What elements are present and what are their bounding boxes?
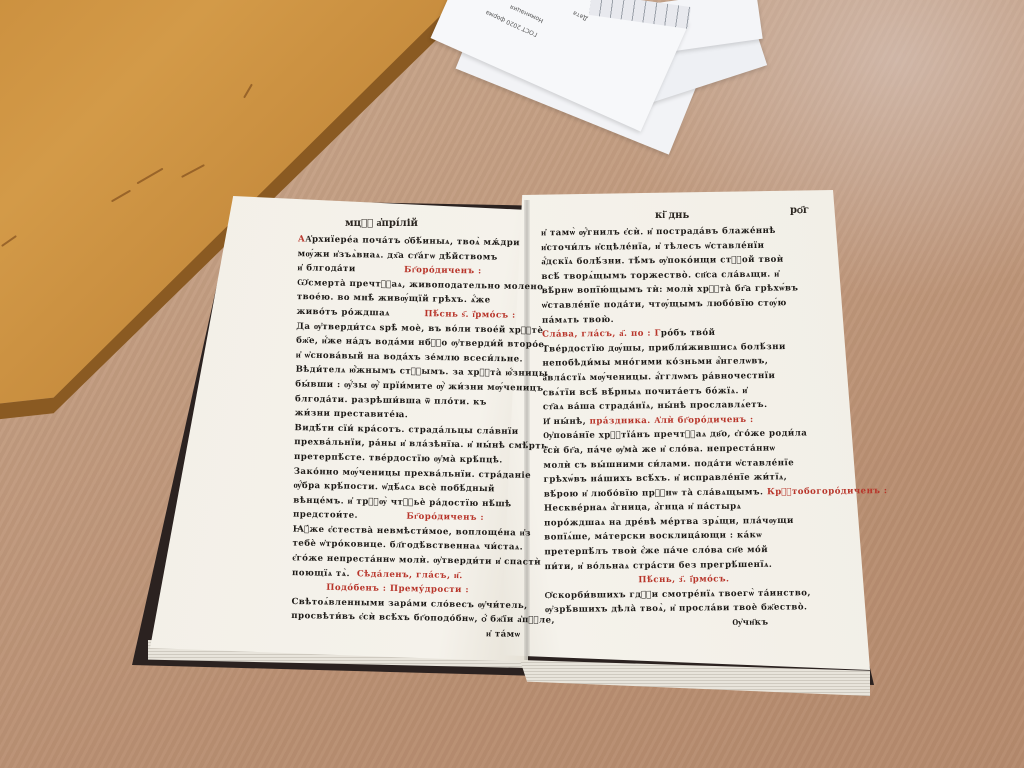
board-scratch [137,168,164,185]
folio-number: рѻ҃г [790,205,809,216]
rubric: Пѣ́снь, з҃. ї҆рмо́съ. [638,574,729,585]
board-scratch [181,164,205,178]
rubric: Пѣ́снь ѕ҃. ї҆рмо́съ : [424,308,515,320]
rubric: Крⷭ҇тобогоро́диченъ : [767,485,888,496]
rubric: пра́здника. А҆лѝ бг҃оро́диченъ : [590,414,754,426]
board-scratch [111,190,131,203]
rubric: Сѣда́ленъ, гла́съ, н҃. [357,568,463,580]
left-page-text: АА҆рхиїере́а поча́тъ ѻ҆бѣ́иныѧ, твоѧ̀ мѫ… [291,232,562,643]
rubric: Бг҃оро́диченъ : [404,264,482,275]
rubric: Подо́бенъ : Прему́дрости : [326,582,469,595]
board-scratch [1,235,17,247]
right-page-text: и҆ тамѡ̀ ѹ҆́гнилъ є҆сѝ. и҆ пострада́въ б… [541,222,889,632]
board-scratch [243,84,253,99]
paper-text: Дата [572,9,589,22]
red-initial: Г [654,328,661,338]
left-page-header: мцⷭ҇ а҆прі́лій [345,218,418,229]
right-page-header: кі҃ днь [655,210,689,221]
rubric: Бг҃оро́диченъ : [406,511,484,522]
rubric: Сла́ва, гла́съ, а҃. по : [542,328,651,339]
